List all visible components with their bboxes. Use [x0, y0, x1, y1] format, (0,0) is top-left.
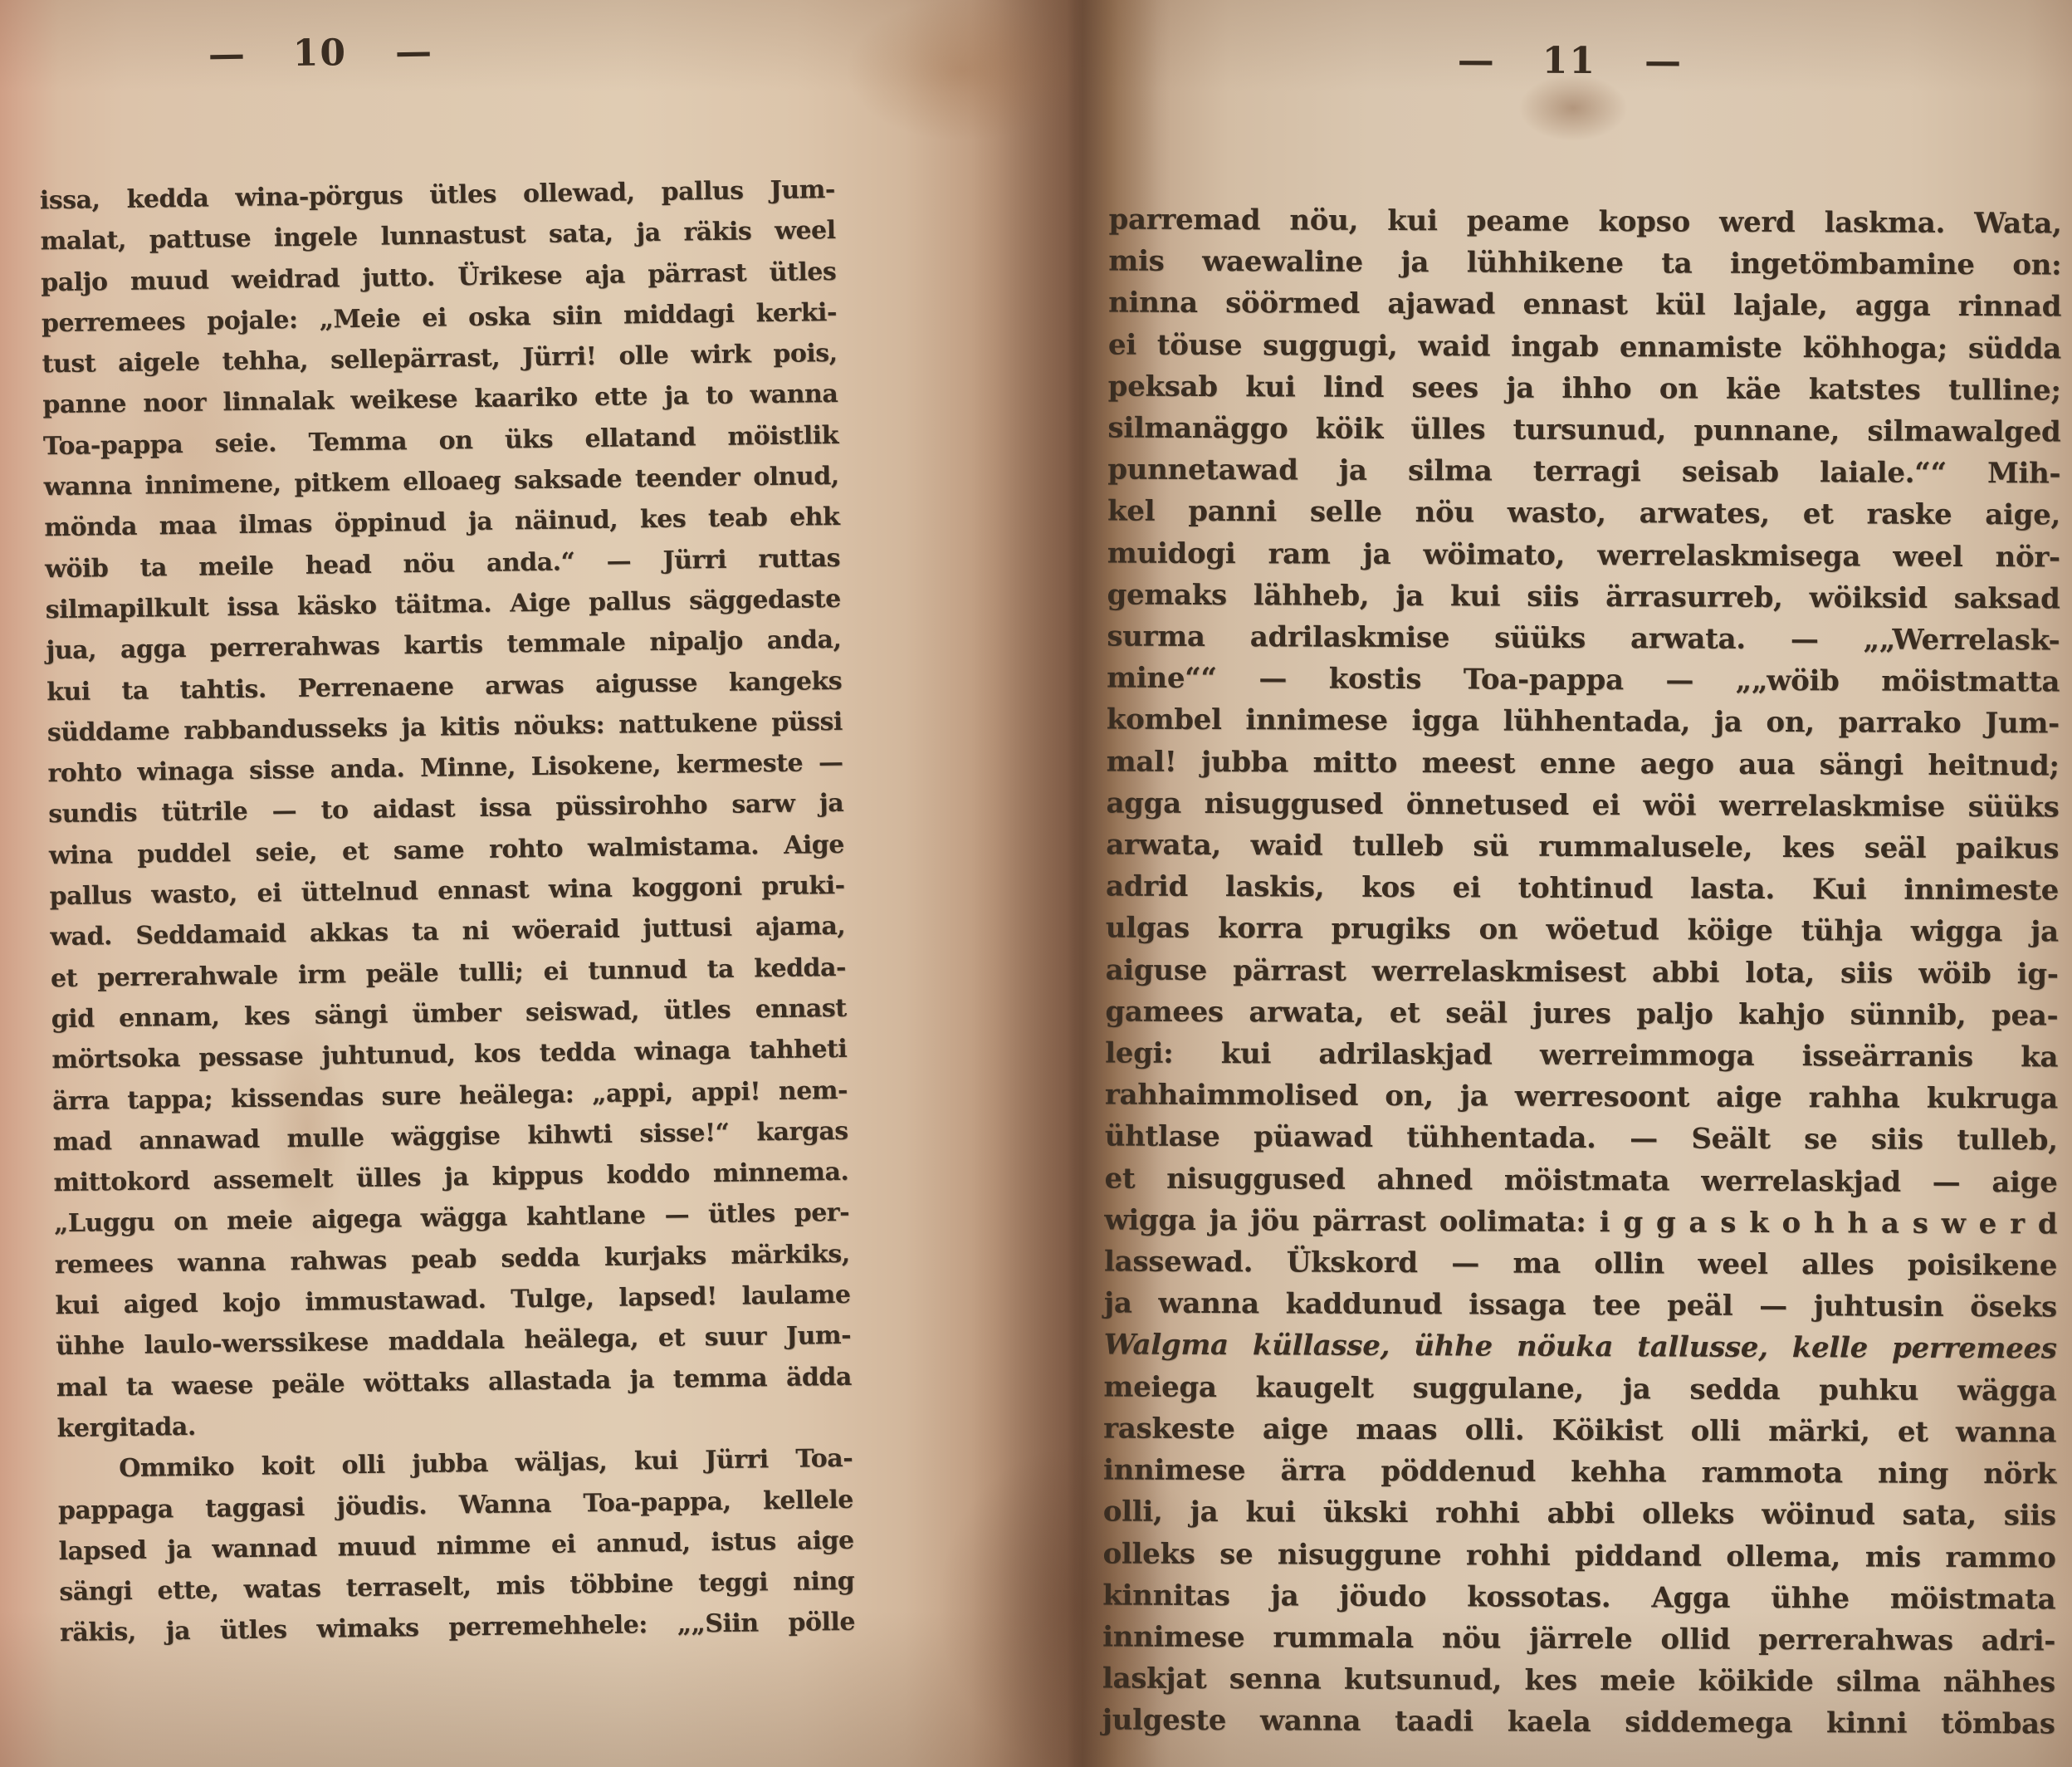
page-header-right: — 11 — — [1109, 38, 2029, 85]
page-number: 11 — [1542, 40, 1596, 82]
text-line: ühtlase püawad tühhentada. — Seält se si… — [1105, 1116, 2058, 1162]
text-line: kinnitas ja jöudo kossotas. Agga ühhe mö… — [1102, 1574, 2055, 1620]
text-line: peksab kui lind sees ja ihho on käe kats… — [1108, 365, 2061, 411]
right-lines: parremad nöu, kui peame kopso werd laskm… — [1102, 199, 2062, 1746]
text-line: innimese ärra pöddenud kehha rammota nin… — [1103, 1450, 2056, 1495]
text-line: muidogi ram ja wöimato, werrelaskmisega … — [1107, 532, 2060, 578]
text-line: silmanäggo köik ülles tursunud, punnane,… — [1107, 408, 2060, 453]
text-line: meiega kaugelt suggulane, ja sedda puhku… — [1103, 1366, 2056, 1412]
header-dash: — — [395, 31, 432, 74]
text-line: innimese rummala nöu järrele ollid perre… — [1102, 1616, 2055, 1662]
text-line: agga nisuggused önnetused ei wöi werrela… — [1106, 782, 2059, 828]
text-line: mal! jubba mitto meest enne aego aua sän… — [1107, 741, 2060, 786]
left-lines: issa, kedda wina-pörgus ütles ollewad, p… — [40, 169, 856, 1654]
text-line: legi: kui adrilaskjad werreimmoga isseär… — [1105, 1033, 2058, 1079]
page-header-left: — 10 — — [37, 28, 603, 78]
text-line: ninna söörmed ajawad ennast kül lajale, … — [1108, 282, 2061, 328]
text-line: lassewad. Ükskord — ma ollin weel alles … — [1104, 1241, 2057, 1287]
page-11: — 11 — parremad nöu, kui peame kopso wer… — [1102, 32, 2062, 1767]
text-line: ulgas korra prugiks on wöetud köige tühj… — [1106, 908, 2059, 953]
text-line: punnetawad ja silma terragi seisab laial… — [1107, 449, 2060, 495]
header-dash: — — [1458, 39, 1494, 81]
text-line: mis waewaline ja lühhikene ta ingetömbam… — [1108, 241, 2061, 286]
page-10: — 10 — issa, kedda wina-pörgus ütles oll… — [37, 18, 857, 1731]
text-line: olleks se nisuggune rohhi piddand ollema… — [1102, 1533, 2055, 1579]
text-line: gamees arwata, et seäl jures paljo kahjo… — [1105, 991, 2058, 1036]
header-dash: — — [208, 33, 246, 76]
paper-stain — [847, 0, 1079, 141]
text-line: mine““ — kostis Toa-pappa — „„wöib möist… — [1107, 658, 2060, 703]
text-line: ei töuse suggugi, waid ingab ennamiste k… — [1108, 324, 2061, 370]
text-line: Walgma küllasse, ühhe nöuka tallusse, ke… — [1104, 1324, 2057, 1370]
text-line: wigga ja jöu pärrast oolimata: i g g a s… — [1104, 1199, 2057, 1245]
text-line: parremad nöu, kui peame kopso werd laskm… — [1108, 199, 2061, 245]
text-line: adrid laskis, kos ei tohtinud lasta. Kui… — [1106, 866, 2059, 912]
text-line: kel panni selle nöu wasto, arwates, et r… — [1107, 491, 2060, 536]
text-line: arwata, waid tulleb sü rummalusele, kes … — [1106, 825, 2059, 870]
text-line: olli, ja kui ükski rohhi abbi olleks wöi… — [1103, 1491, 2056, 1537]
text-line: gemaks lähheb, ja kui siis ärrasurreb, w… — [1107, 574, 2060, 619]
text-line: kombel innimese igga lühhentada, ja on, … — [1107, 699, 2060, 745]
header-dash: — — [1644, 40, 1681, 82]
text-line: et nisuggused ahned möistmata werrelaskj… — [1104, 1158, 2057, 1203]
text-line: ja wanna kaddunud issaga tee peäl — juht… — [1104, 1283, 2057, 1329]
text-line: rahhaimmolised on, ja werresoont aige ra… — [1105, 1074, 2058, 1120]
text-line: laskjat senna kutsunud, kes meie köikide… — [1102, 1658, 2055, 1704]
text-line: raskeste aige maas olli. Köikist olli mä… — [1103, 1407, 2056, 1453]
text-line: julgeste wanna taadi kaela siddemega kin… — [1102, 1700, 2055, 1745]
book-scan-photo: — 10 — issa, kedda wina-pörgus ütles oll… — [0, 0, 2072, 1767]
page-number: 10 — [292, 32, 347, 75]
text-line: surma adrilaskmise süüks arwata. — „„Wer… — [1107, 616, 2060, 662]
text-line: aiguse pärrast werrelaskmisest abbi lota… — [1106, 949, 2059, 995]
